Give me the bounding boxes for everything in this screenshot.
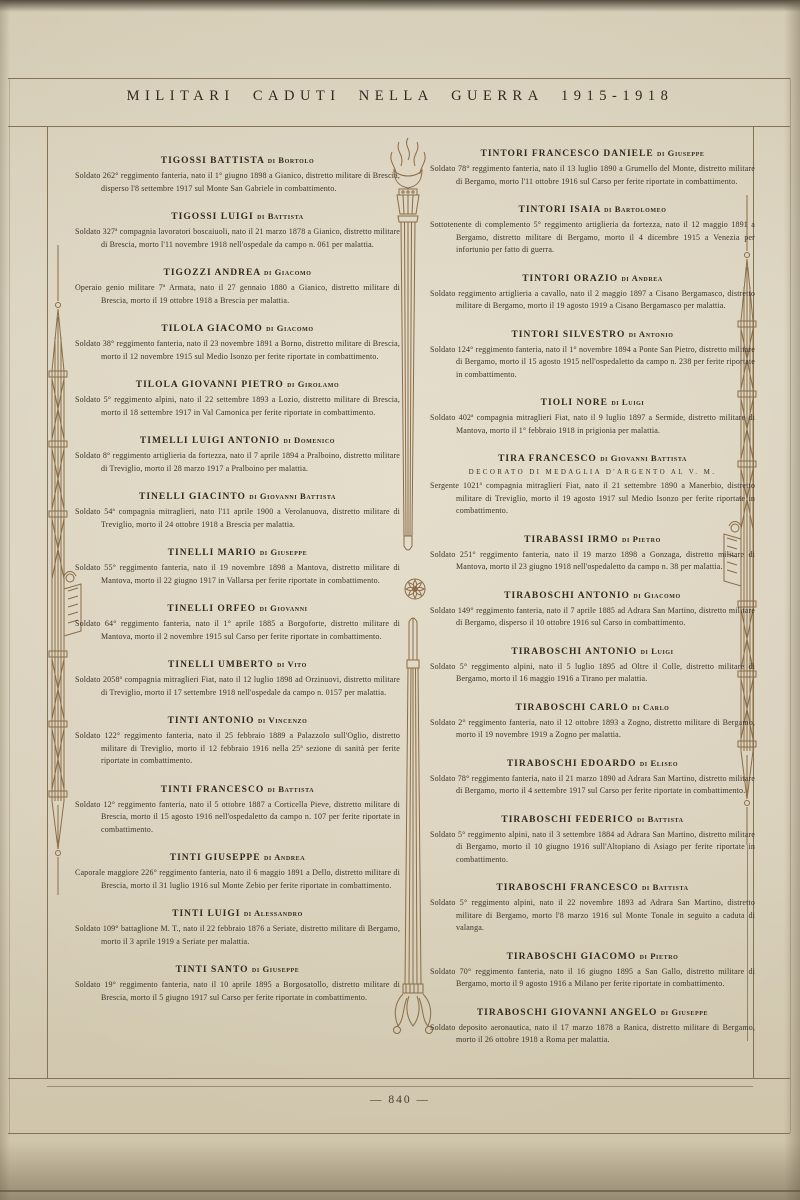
soldier-entry: TIGOZZI ANDREA di Giacomo Operaio genio … [75, 267, 400, 307]
soldier-name: TIGOZZI ANDREA [163, 268, 260, 278]
soldier-patronymic: di Girolamo [287, 379, 339, 389]
soldier-entry: TIRABOSCHI CARLO di Carlo Soldato 2° reg… [430, 702, 755, 742]
soldier-patronymic: di Vito [277, 659, 307, 669]
soldier-name: TINTI ANTONIO [168, 716, 255, 726]
soldier-patronymic: di Domenico [283, 435, 335, 445]
soldier-entry: TIMELLI LUIGI ANTONIO di Domenico Soldat… [75, 435, 400, 475]
soldier-name: TIGOSSI LUIGI [171, 212, 253, 222]
soldier-name-heading: TIRABOSCHI GIOVANNI ANGELO di Giuseppe [430, 1007, 755, 1018]
soldier-name-heading: TINELLI MARIO di Giuseppe [75, 547, 400, 558]
soldier-record-text: Soldato 19° reggimento fanteria, nato il… [75, 979, 400, 1004]
soldier-entry: TINTORI SILVESTRO di Antonio Soldato 124… [430, 329, 755, 382]
soldier-entry: TIRABOSCHI GIACOMO di Pietro Soldato 70°… [430, 951, 755, 991]
soldier-entry: TIRABOSCHI EDOARDO di Eliseo Soldato 78°… [430, 758, 755, 798]
soldier-entry: TINELLI GIACINTO di Giovanni Battista So… [75, 491, 400, 531]
soldier-record-text: Soldato 122° reggimento fanteria, nato i… [75, 730, 400, 768]
soldier-patronymic: di Giacomo [633, 590, 681, 600]
page-edge-shadow-right [784, 0, 800, 1200]
soldier-name-heading: TINTI LUIGI di Alessandro [75, 908, 400, 919]
soldier-patronymic: di Giovanni Battista [249, 491, 336, 501]
soldier-name-heading: TIRABOSCHI GIACOMO di Pietro [430, 951, 755, 962]
page-edge-shadow-top [0, 0, 800, 12]
soldier-record-text: Soldato 402ª compagnia mitraglieri Fiat,… [430, 412, 755, 437]
soldier-name: TINTI GIUSEPPE [170, 853, 261, 863]
soldier-patronymic: di Pietro [640, 951, 679, 961]
decoration-citation: DECORATO DI MEDAGLIA D'ARGENTO AL V. M. [430, 468, 755, 476]
soldier-entry: TINTI FRANCESCO di Battista Soldato 12° … [75, 784, 400, 837]
soldier-name: TIRABOSCHI GIOVANNI ANGELO [477, 1008, 658, 1018]
soldier-name: TINTI FRANCESCO [161, 785, 264, 795]
soldier-record-text: Soldato 109° battaglione M. T., nato il … [75, 923, 400, 948]
soldier-record-text: Soldato 78° reggimento fanteria, nato il… [430, 773, 755, 798]
soldier-entry: TINTI GIUSEPPE di Andrea Caporale maggio… [75, 852, 400, 892]
soldier-patronymic: di Andrea [622, 273, 663, 283]
soldier-name-heading: TINTORI ORAZIO di Andrea [430, 273, 755, 284]
soldier-name: TINTORI ORAZIO [522, 274, 618, 284]
soldier-patronymic: di Eliseo [640, 758, 678, 768]
footer-rule-1 [8, 1078, 790, 1079]
soldier-patronymic: di Pietro [622, 534, 661, 544]
soldier-entry: TIOLI NORE di Luigi Soldato 402ª compagn… [430, 397, 755, 437]
soldier-record-text: Soldato 5° reggimento alpini, nato il 5 … [430, 661, 755, 686]
soldier-patronymic: di Giuseppe [661, 1007, 708, 1017]
soldier-record-text: Operaio genio militare 7ª Armata, nato i… [75, 282, 400, 307]
soldier-name: TIOLI NORE [541, 398, 608, 408]
soldier-entry: TILOLA GIOVANNI PIETRO di Girolamo Solda… [75, 379, 400, 419]
soldier-record-text: Soldato 38° reggimento fanteria, nato il… [75, 338, 400, 363]
soldier-patronymic: di Bortolo [268, 155, 315, 165]
soldier-record-text: Soldato 2° reggimento fanteria, nato il … [430, 717, 755, 742]
soldier-name-heading: TIRABOSCHI EDOARDO di Eliseo [430, 758, 755, 769]
soldier-patronymic: di Andrea [264, 852, 305, 862]
soldier-record-text: Soldato 124° reggimento fanteria, nato i… [430, 344, 755, 382]
soldier-name-heading: TINTI GIUSEPPE di Andrea [75, 852, 400, 863]
right-column: TINTORI FRANCESCO DANIELE di Giuseppe So… [430, 148, 755, 1076]
soldier-patronymic: di Battista [268, 784, 315, 794]
footer-rule-3 [8, 1133, 790, 1134]
soldier-record-text: Caporale maggiore 226° reggimento fanter… [75, 867, 400, 892]
soldier-name: TIRABOSCHI FRANCESCO [496, 883, 638, 893]
soldier-entry: TIRABOSCHI FEDERICO di Battista Soldato … [430, 814, 755, 867]
soldier-name: TIRABOSCHI GIACOMO [507, 952, 637, 962]
soldier-record-text: Soldato 54ª compagnia mitraglieri, nato … [75, 506, 400, 531]
soldier-patronymic: di Luigi [611, 397, 644, 407]
soldier-entry: TIRABOSCHI ANTONIO di Giacomo Soldato 14… [430, 590, 755, 630]
soldier-name: TIRABOSCHI ANTONIO [504, 591, 630, 601]
soldier-name: TINTORI FRANCESCO DANIELE [481, 149, 654, 159]
soldier-name-heading: TINTI ANTONIO di Vincenzo [75, 715, 400, 726]
header-rule-bottom [8, 126, 790, 127]
soldier-name-heading: TINELLI UMBERTO di Vito [75, 659, 400, 670]
soldier-name: TINELLI UMBERTO [168, 660, 274, 670]
soldier-patronymic: di Luigi [641, 646, 674, 656]
soldier-patronymic: di Carlo [632, 702, 669, 712]
soldier-patronymic: di Giacomo [266, 323, 314, 333]
soldier-patronymic: di Giuseppe [260, 547, 307, 557]
soldier-record-text: Soldato 5° reggimento alpini, nato il 3 … [430, 829, 755, 867]
soldier-entry: TINTI LUIGI di Alessandro Soldato 109° b… [75, 908, 400, 948]
soldier-record-text: Soldato 70° reggimento fanteria, nato il… [430, 966, 755, 991]
soldier-entry: TIRABOSCHI FRANCESCO di Battista Soldato… [430, 882, 755, 935]
soldier-entry: TINTI ANTONIO di Vincenzo Soldato 122° r… [75, 715, 400, 768]
page-title: MILITARI CADUTI NELLA GUERRA 1915-1918 [0, 88, 800, 105]
soldier-entry: TINELLI UMBERTO di Vito Soldato 2058ª co… [75, 659, 400, 699]
soldier-name-heading: TINELLI GIACINTO di Giovanni Battista [75, 491, 400, 502]
soldier-record-text: Soldato 8° reggimento artiglieria da for… [75, 450, 400, 475]
soldier-name-heading: TINTORI FRANCESCO DANIELE di Giuseppe [430, 148, 755, 159]
soldier-name: TINTI LUIGI [172, 909, 240, 919]
soldier-name-heading: TIRABOSCHI FRANCESCO di Battista [430, 882, 755, 893]
soldier-record-text: Soldato 262° reggimento fanteria, nato i… [75, 170, 400, 195]
soldier-name-heading: TIGOSSI BATTISTA di Bortolo [75, 155, 400, 166]
soldier-patronymic: di Antonio [629, 329, 674, 339]
soldier-record-text: Soldato reggimento artiglieria a cavallo… [430, 288, 755, 313]
soldier-patronymic: di Alessandro [244, 908, 303, 918]
soldier-name: TIRA FRANCESCO [498, 454, 597, 464]
soldier-entry: TILOLA GIACOMO di Giacomo Soldato 38° re… [75, 323, 400, 363]
soldier-record-text: Sottotenente di complemento 5° reggiment… [430, 219, 755, 257]
soldier-name-heading: TIRABOSCHI FEDERICO di Battista [430, 814, 755, 825]
soldier-record-text: Soldato 149° reggimento fanteria, nato i… [430, 605, 755, 630]
soldier-entry: TINELLI MARIO di Giuseppe Soldato 55° re… [75, 547, 400, 587]
soldier-name: TIMELLI LUIGI ANTONIO [140, 436, 280, 446]
soldier-name: TINTORI SILVESTRO [511, 330, 625, 340]
soldier-name: TIGOSSI BATTISTA [161, 156, 265, 166]
soldier-record-text: Sergente 1021ª compagnia mitraglieri Fia… [430, 480, 755, 518]
soldier-entry: TIGOSSI BATTISTA di Bortolo Soldato 262°… [75, 155, 400, 195]
soldier-entry: TINTORI ISAIA di Bartolomeo Sottotenente… [430, 204, 755, 257]
soldier-name-heading: TINTORI SILVESTRO di Antonio [430, 329, 755, 340]
soldier-record-text: Soldato 55° reggimento fanteria, nato il… [75, 562, 400, 587]
soldier-patronymic: di Bartolomeo [604, 204, 666, 214]
soldier-name: TIRABOSCHI FEDERICO [501, 815, 633, 825]
left-column: TIGOSSI BATTISTA di Bortolo Soldato 262°… [75, 148, 400, 1076]
soldier-name: TIRABASSI IRMO [524, 535, 619, 545]
soldier-entry: TINTI SANTO di Giuseppe Soldato 19° regg… [75, 964, 400, 1004]
soldier-name-heading: TIRABOSCHI CARLO di Carlo [430, 702, 755, 713]
soldier-name-heading: TIRABOSCHI ANTONIO di Giacomo [430, 590, 755, 601]
soldier-patronymic: di Vincenzo [258, 715, 307, 725]
soldier-record-text: Soldato 64° reggimento fanteria, nato il… [75, 618, 400, 643]
header-rule-top [8, 78, 790, 79]
soldier-record-text: Soldato 12° reggimento fanteria, nato il… [75, 799, 400, 837]
soldier-patronymic: di Battista [257, 211, 304, 221]
soldier-name: TIRABOSCHI EDOARDO [507, 759, 637, 769]
soldier-patronymic: di Giuseppe [657, 148, 704, 158]
soldier-patronymic: di Giovanni [260, 603, 308, 613]
soldier-entry: TIRABASSI IRMO di Pietro Soldato 251° re… [430, 534, 755, 574]
soldier-name-heading: TIMELLI LUIGI ANTONIO di Domenico [75, 435, 400, 446]
footer-rule-2 [47, 1086, 753, 1087]
soldier-entry: TINELLI ORFEO di Giovanni Soldato 64° re… [75, 603, 400, 643]
soldier-name-heading: TINTI FRANCESCO di Battista [75, 784, 400, 795]
page-edge-line-right [790, 78, 791, 1133]
soldier-name: TINELLI MARIO [168, 548, 257, 558]
soldier-name: TIRABOSCHI CARLO [516, 703, 629, 713]
soldier-entry: TIRABOSCHI GIOVANNI ANGELO di Giuseppe S… [430, 1007, 755, 1047]
soldier-patronymic: di Giacomo [264, 267, 312, 277]
soldier-entry: TIGOSSI LUIGI di Battista Soldato 327ª c… [75, 211, 400, 251]
soldier-name-heading: TIRABASSI IRMO di Pietro [430, 534, 755, 545]
soldier-record-text: Soldato 78° reggimento fanteria, nato il… [430, 163, 755, 188]
soldier-record-text: Soldato 5° reggimento alpini, nato il 22… [75, 394, 400, 419]
soldier-name-heading: TIRABOSCHI ANTONIO di Luigi [430, 646, 755, 657]
soldier-name-heading: TINELLI ORFEO di Giovanni [75, 603, 400, 614]
soldier-patronymic: di Battista [642, 882, 689, 892]
soldier-name-heading: TIRA FRANCESCO di Giovanni Battista [430, 453, 755, 464]
soldier-patronymic: di Giuseppe [252, 964, 299, 974]
soldier-record-text: Soldato 5° reggimento alpini, nato il 22… [430, 897, 755, 935]
page-edge-line-left [9, 78, 10, 1133]
soldier-name: TINTI SANTO [176, 965, 249, 975]
soldier-entry: TINTORI FRANCESCO DANIELE di Giuseppe So… [430, 148, 755, 188]
soldier-name: TINELLI ORFEO [167, 604, 256, 614]
soldier-name: TIRABOSCHI ANTONIO [511, 647, 637, 657]
rosette-ornament-icon [402, 576, 428, 602]
soldier-name: TILOLA GIOVANNI PIETRO [136, 380, 284, 390]
content-frame-left-line [47, 126, 48, 1078]
soldier-name: TINTORI ISAIA [518, 205, 600, 215]
soldier-entry: TIRABOSCHI ANTONIO di Luigi Soldato 5° r… [430, 646, 755, 686]
soldier-entry: TIRA FRANCESCO di Giovanni Battista DECO… [430, 453, 755, 518]
soldier-record-text: Soldato deposito aeronautica, nato il 17… [430, 1022, 755, 1047]
soldier-name-heading: TILOLA GIOVANNI PIETRO di Girolamo [75, 379, 400, 390]
soldier-name-heading: TIGOSSI LUIGI di Battista [75, 211, 400, 222]
soldier-entry: TINTORI ORAZIO di Andrea Soldato reggime… [430, 273, 755, 313]
soldier-record-text: Soldato 327ª compagnia lavoratori boscai… [75, 226, 400, 251]
page-number: — 840 — [0, 1094, 800, 1106]
soldier-name-heading: TINTI SANTO di Giuseppe [75, 964, 400, 975]
page-bottom-crease [0, 1190, 800, 1192]
soldier-patronymic: di Battista [637, 814, 684, 824]
scanned-book-page: MILITARI CADUTI NELLA GUERRA 1915-1918 [0, 0, 800, 1200]
soldier-record-text: Soldato 251° reggimento fanteria, nato i… [430, 549, 755, 574]
soldier-record-text: Soldato 2058ª compagnia mitraglieri Fiat… [75, 674, 400, 699]
soldier-name-heading: TILOLA GIACOMO di Giacomo [75, 323, 400, 334]
soldier-name-heading: TIGOZZI ANDREA di Giacomo [75, 267, 400, 278]
soldier-name: TILOLA GIACOMO [161, 324, 262, 334]
soldier-name-heading: TINTORI ISAIA di Bartolomeo [430, 204, 755, 215]
soldier-name-heading: TIOLI NORE di Luigi [430, 397, 755, 408]
soldier-name: TINELLI GIACINTO [139, 492, 246, 502]
soldier-patronymic: di Giovanni Battista [600, 453, 687, 463]
